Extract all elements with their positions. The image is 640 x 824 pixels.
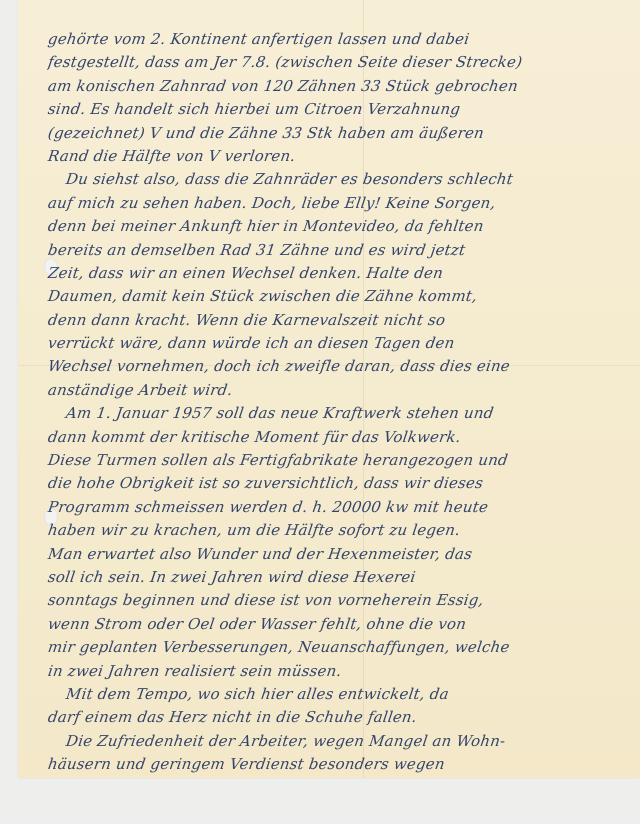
- text-line: bereits an demselben Rad 31 Zähne und es…: [46, 239, 639, 262]
- text-line: sonntags beginnen und diese ist von vorn…: [46, 589, 639, 612]
- text-line: die hohe Obrigkeit ist so zuversichtlich…: [46, 472, 639, 495]
- text-line: darf einem das Herz nicht in die Schuhe …: [46, 706, 639, 729]
- text-line: (gezeichnet) V und die Zähne 33 Stk habe…: [46, 122, 639, 145]
- text-line: Die Zufriedenheit der Arbeiter, wegen Ma…: [46, 730, 639, 753]
- text-line: Wechsel vornehmen, doch ich zweifle dara…: [46, 355, 639, 378]
- text-line: festgestellt, dass am Jer 7.8. (zwischen…: [46, 51, 639, 74]
- text-line: haben wir zu krachen, um die Hälfte sofo…: [46, 519, 639, 542]
- text-line: verrückt wäre, dann würde ich an diesen …: [46, 332, 639, 355]
- text-line: Rand die Hälfte von V verloren.: [46, 145, 639, 168]
- text-line: Daumen, damit kein Stück zwischen die Zä…: [46, 285, 639, 308]
- text-line: am konischen Zahnrad von 120 Zähnen 33 S…: [46, 75, 639, 98]
- text-line: Mit dem Tempo, wo sich hier alles entwic…: [46, 683, 639, 706]
- text-line: mir geplanten Verbesserungen, Neuanschaf…: [46, 636, 639, 659]
- text-line: Am 1. Januar 1957 soll das neue Kraftwer…: [46, 402, 639, 425]
- text-line: wenn Strom oder Oel oder Wasser fehlt, o…: [46, 613, 639, 636]
- text-line: auf mich zu sehen haben. Doch, liebe Ell…: [46, 192, 639, 215]
- text-line: in zwei Jahren realisiert sein müssen.: [46, 660, 639, 683]
- text-line: Man erwartet also Wunder und der Hexenme…: [46, 543, 639, 566]
- text-line: dann kommt der kritische Moment für das …: [46, 426, 639, 449]
- text-line: denn dann kracht. Wenn die Karnevalszeit…: [46, 309, 639, 332]
- text-line: Du siehst also, dass die Zahnräder es be…: [46, 168, 639, 191]
- text-line: Zeit, dass wir an einen Wechsel denken. …: [46, 262, 639, 285]
- text-line: sind. Es handelt sich hierbei um Citroen…: [46, 98, 639, 121]
- text-line: häusern und geringem Verdienst besonders…: [46, 753, 639, 776]
- letter-page: gehörte vom 2. Kontinent anfertigen lass…: [18, 0, 640, 778]
- text-line: denn bei meiner Ankunft hier in Montevid…: [46, 215, 639, 238]
- handwritten-text-body: gehörte vom 2. Kontinent anfertigen lass…: [48, 28, 638, 777]
- text-line: anständige Arbeit wird.: [46, 379, 639, 402]
- text-line: gehörte vom 2. Kontinent anfertigen lass…: [46, 28, 639, 51]
- text-line: Programm schmeissen werden d. h. 20000 k…: [46, 496, 639, 519]
- text-line: Diese Turmen sollen als Fertigfabrikate …: [46, 449, 639, 472]
- text-line: soll ich sein. In zwei Jahren wird diese…: [46, 566, 639, 589]
